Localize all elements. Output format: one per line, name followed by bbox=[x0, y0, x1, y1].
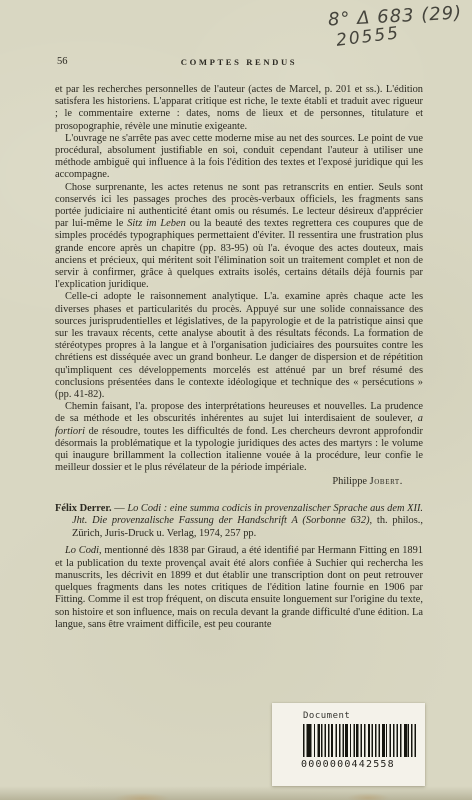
text-segment: L'ouvrage ne s'arrête pas avec cette mod… bbox=[55, 133, 423, 181]
review-body-jobert: et par les recherches personnelles de l'… bbox=[55, 84, 423, 475]
text-segment: Lo Codi bbox=[65, 545, 99, 556]
barcode-icon bbox=[303, 724, 416, 757]
text-segment: et par les recherches personnelles de l'… bbox=[55, 84, 423, 132]
text-segment: — bbox=[112, 503, 128, 514]
text-segment: Sitz im Leben bbox=[127, 218, 186, 229]
review-body-derrer: Lo Codi, mentionné dès 1838 par Giraud, … bbox=[55, 545, 423, 630]
text-segment: Félix Derrer. bbox=[55, 503, 112, 514]
reviewer-first-name: Philippe bbox=[332, 476, 369, 487]
paragraph: Chose surprenante, les actes retenus ne … bbox=[55, 182, 423, 292]
barcode-label-title: Document bbox=[303, 711, 350, 721]
running-head: COMPTES RENDUS bbox=[55, 57, 423, 67]
page-body: et par les recherches personnelles de l'… bbox=[55, 84, 423, 631]
text-segment: de résoudre, toutes les difficultés de f… bbox=[55, 426, 423, 474]
barcode-sticker: Document 0000000442558 bbox=[272, 703, 425, 786]
book-reference-heading: Félix Derrer. — Lo Codi : eine summa cod… bbox=[55, 503, 423, 541]
text-segment: Celle-ci adopte le raisonnement analytiq… bbox=[55, 291, 423, 400]
page-bottom-edge bbox=[0, 786, 472, 800]
text-segment: Chemin faisant, l'a. propose des interpr… bbox=[55, 401, 423, 424]
scanned-page: { "annotations": { "shelfmark": "8° Δ 68… bbox=[0, 0, 472, 800]
paragraph: et par les recherches personnelles de l'… bbox=[55, 84, 423, 133]
barcode-number: 0000000442558 bbox=[301, 759, 395, 770]
reviewer-surname: Jobert. bbox=[370, 476, 403, 487]
paragraph: Chemin faisant, l'a. propose des interpr… bbox=[55, 401, 423, 474]
paragraph: Celle-ci adopte le raisonnement analytiq… bbox=[55, 291, 423, 401]
page-header: 56 COMPTES RENDUS bbox=[55, 56, 423, 69]
text-segment: , mentionné dès 1838 par Giraud, a été i… bbox=[55, 545, 423, 629]
paragraph: L'ouvrage ne s'arrête pas avec cette mod… bbox=[55, 133, 423, 182]
paragraph: Lo Codi, mentionné dès 1838 par Giraud, … bbox=[55, 545, 423, 630]
reviewer-signature: Philippe Jobert. bbox=[55, 476, 423, 488]
